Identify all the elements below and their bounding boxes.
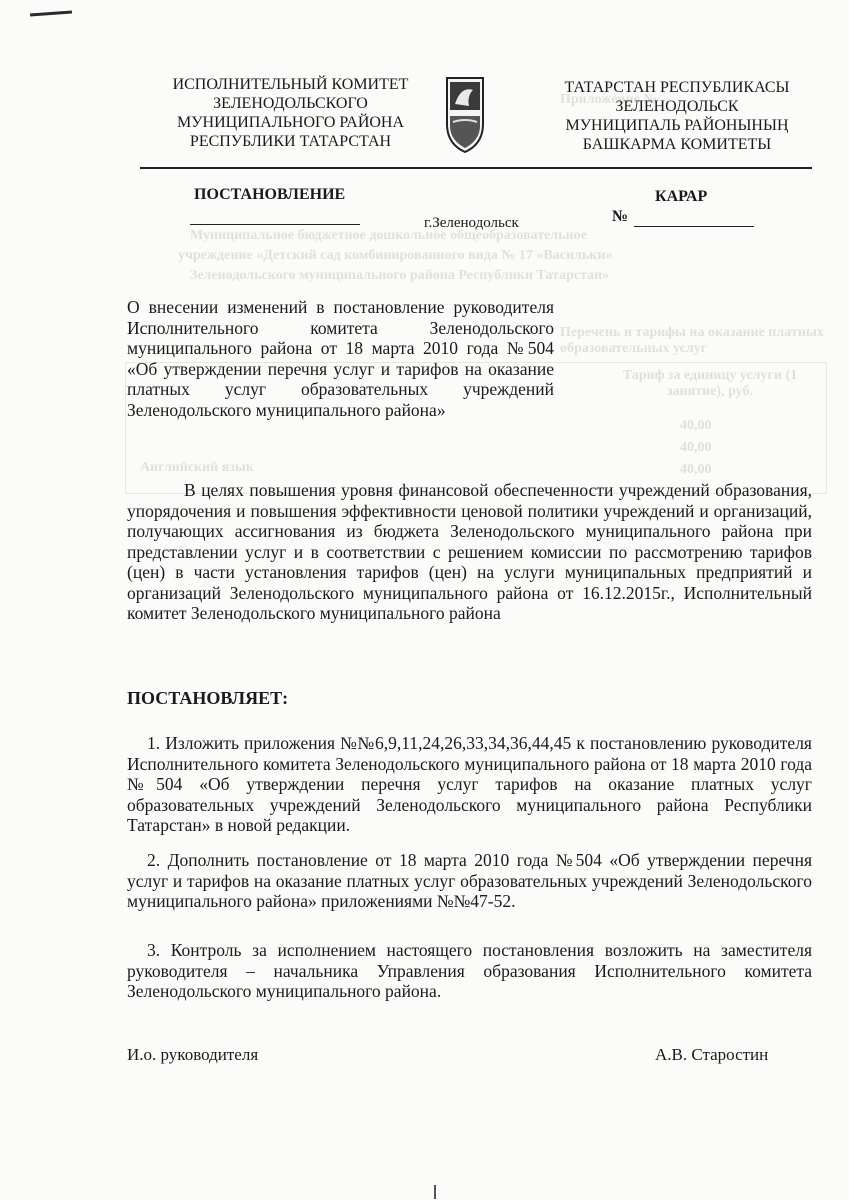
issuer-line: ЗЕЛЕНОДОЛЬСК	[532, 97, 822, 116]
bleed-through-cell: 40,00	[680, 462, 712, 478]
scan-mark	[30, 11, 72, 17]
bleed-through-line: учреждение «Детский сад комбинированного…	[178, 248, 612, 264]
preamble: В целях повышения уровня финансовой обес…	[127, 480, 812, 624]
issuer-line: МУНИЦИПАЛЬ РАЙОНЫНЫҢ	[532, 116, 822, 135]
document-subject: О внесении изменений в постановление рук…	[127, 297, 554, 420]
bleed-through-cell: 40,00	[680, 440, 712, 456]
bleed-through-cell: Английский язык	[140, 460, 254, 476]
bleed-through-cell: 40,00	[680, 418, 712, 434]
issuer-line: БАШКАРМА КОМИТЕТЫ	[532, 135, 822, 154]
resolution-item-3: 3. Контроль за исполнением настоящего по…	[127, 940, 812, 1002]
bleed-through-line: Зеленодольского муниципального района Ре…	[190, 268, 609, 284]
issuer-tt: ТАТАРСТАН РЕСПУБЛИКАСЫ ЗЕЛЕНОДОЛЬСК МУНИ…	[532, 78, 822, 154]
city: г.Зеленодольск	[424, 215, 519, 232]
resolution-item-2: 2. Дополнить постановление от 18 марта 2…	[127, 850, 812, 912]
number-line	[634, 226, 754, 227]
date-line	[190, 224, 360, 225]
bleed-through-line: Муниципальное бюджетное дошкольное общео…	[190, 228, 587, 244]
number-label: №	[612, 208, 628, 226]
doc-type-tt: КАРАР	[655, 188, 707, 206]
coat-of-arms-icon	[443, 76, 487, 154]
issuer-line: ЗЕЛЕНОДОЛЬСКОГО	[148, 94, 433, 113]
bleed-through-cell: Тариф за единицу услуги (1 занятие), руб…	[605, 368, 815, 400]
signatory-name: А.В. Старостин	[655, 1045, 768, 1065]
issuer-line: ИСПОЛНИТЕЛЬНЫЙ КОМИТЕТ	[148, 75, 433, 94]
doc-type-ru: ПОСТАНОВЛЕНИЕ	[194, 186, 345, 204]
issuer-ru: ИСПОЛНИТЕЛЬНЫЙ КОМИТЕТ ЗЕЛЕНОДОЛЬСКОГО М…	[148, 75, 433, 151]
resolution-item-1: 1. Изложить приложения №№6,9,11,24,26,33…	[127, 733, 812, 836]
issuer-line: РЕСПУБЛИКИ ТАТАРСТАН	[148, 132, 433, 151]
signatory-position: И.о. руководителя	[127, 1045, 258, 1065]
issuer-line: ТАТАРСТАН РЕСПУБЛИКАСЫ	[532, 78, 822, 97]
bleed-through-line: Перечень и тарифы на оказание платных об…	[560, 325, 849, 357]
issuer-line: МУНИЦИПАЛЬНОГО РАЙОНА	[148, 113, 433, 132]
header-divider	[140, 167, 812, 169]
scan-mark	[434, 1185, 436, 1199]
resolve-heading: ПОСТАНОВЛЯЕТ:	[127, 688, 288, 709]
